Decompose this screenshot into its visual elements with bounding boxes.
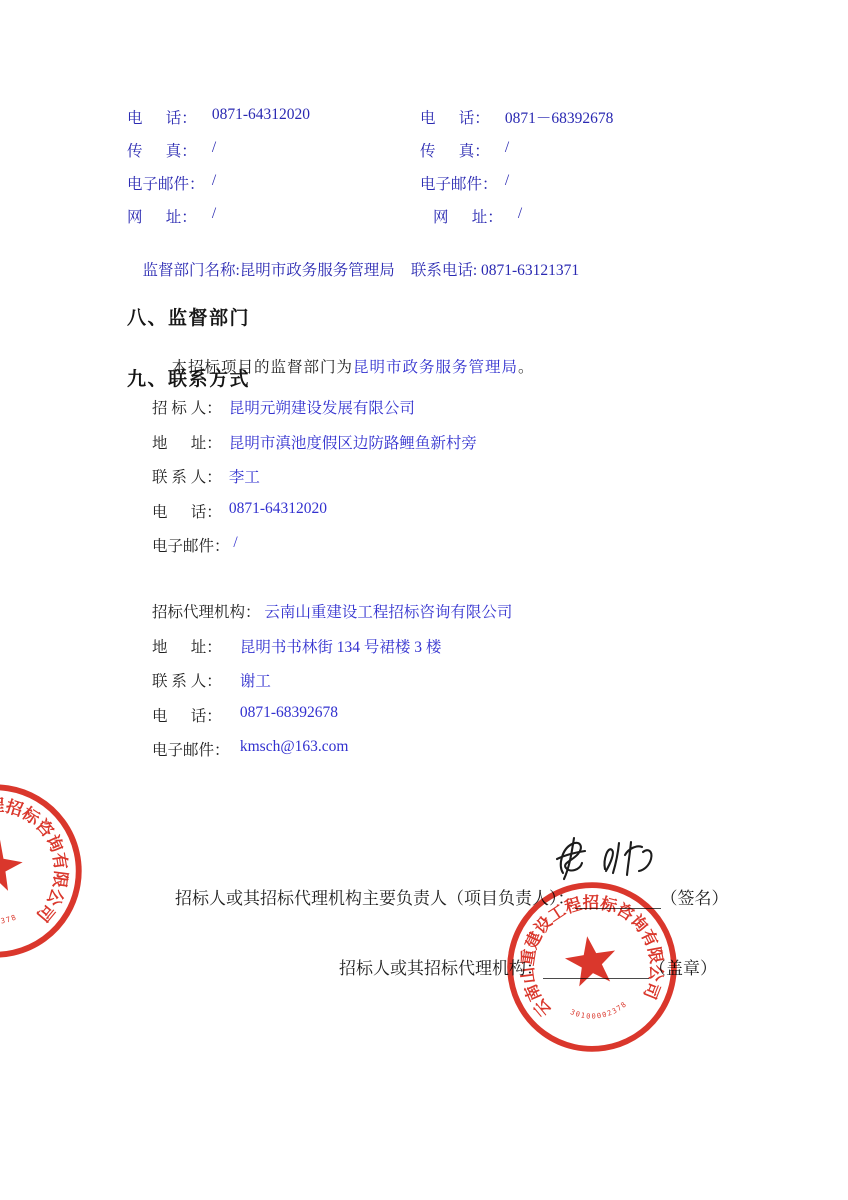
contact-row: 地 址： 昆明书书林街 134 号裙楼 3 楼 — [152, 635, 512, 670]
contact-row: 电子邮件： / — [152, 534, 477, 569]
field-value: 昆明市滇池度假区边防路鲤鱼新村旁 — [229, 431, 477, 453]
contact-row: 网 址： / — [420, 205, 613, 238]
contact-row: 招标代理机构： 云南山重建设工程招标咨询有限公司 — [152, 600, 512, 635]
field-value: 云南山重建设工程招标咨询有限公司 — [264, 600, 512, 622]
top-contacts-left: 电 话： 0871-64312020 传 真： / 电子邮件： / 网 址： / — [127, 106, 310, 238]
signature-line — [575, 890, 661, 909]
body-suffix: 。 — [518, 359, 535, 376]
contact-row: 电子邮件： / — [420, 172, 613, 205]
section-9-heading: 九、联系方式 — [127, 364, 250, 391]
field-label: 电子邮件： — [152, 534, 230, 556]
svg-text:5301000023784: 5301000023784 — [0, 767, 41, 930]
field-label: 联 系 人： — [152, 465, 225, 487]
supervision-dept: 监督部门名称:昆明市政务服务管理局 — [143, 262, 395, 279]
field-value: / — [212, 205, 216, 223]
field-value: / — [505, 139, 509, 157]
field-label: 电子邮件： — [152, 738, 236, 760]
field-label: 招标代理机构： — [152, 600, 261, 622]
field-label: 电 话： — [420, 106, 501, 128]
field-label: 电 话： — [152, 500, 225, 522]
field-label: 地 址： — [152, 635, 236, 657]
contact-row: 网 址： / — [127, 205, 310, 238]
signature-row-agency: 招标人或其招标代理机构：（盖章） — [322, 934, 717, 999]
field-value: 李工 — [229, 465, 260, 487]
field-label: 联 系 人： — [152, 669, 236, 691]
handwritten-signature — [549, 833, 661, 885]
supervision-line: 监督部门名称:昆明市政务服务管理局联系电话: 0871-63121371 — [127, 240, 579, 298]
seal-line — [543, 960, 649, 979]
contact-row: 招 标 人： 昆明元朔建设发展有限公司 — [152, 396, 477, 431]
field-label: 网 址： — [127, 205, 208, 227]
signature-suffix: （签名） — [661, 889, 729, 908]
field-value: 0871-64312020 — [229, 500, 327, 518]
field-value: 0871-64312020 — [212, 106, 310, 124]
field-value: 昆明元朔建设发展有限公司 — [229, 396, 415, 418]
seal-label: 招标人或其招标代理机构： — [339, 959, 543, 978]
contact-row: 地 址： 昆明市滇池度假区边防路鲤鱼新村旁 — [152, 431, 477, 466]
field-value: 0871-68392678 — [240, 704, 338, 722]
signature-label: 招标人或其招标代理机构主要负责人（项目负责人）： — [175, 889, 575, 908]
field-label: 招 标 人： — [152, 396, 225, 418]
supervision-org: 昆明市政务服务管理局 — [353, 359, 518, 376]
seal-suffix: （盖章） — [649, 959, 717, 978]
contact-row: 电 话： 0871－68392678 — [420, 106, 613, 139]
field-label: 网 址： — [433, 205, 514, 227]
field-value: / — [212, 172, 216, 190]
contact-row: 电 话： 0871-68392678 — [152, 704, 512, 739]
field-value: / — [233, 534, 237, 552]
field-value: / — [212, 139, 216, 157]
top-contacts-right: 电 话： 0871－68392678 传 真： / 电子邮件： / 网 址： / — [420, 106, 613, 238]
field-label: 电子邮件： — [127, 172, 208, 194]
contact-row: 电子邮件： / — [127, 172, 310, 205]
tenderer-block: 招 标 人： 昆明元朔建设发展有限公司 地 址： 昆明市滇池度假区边防路鲤鱼新村… — [152, 396, 477, 569]
field-value: 谢工 — [240, 669, 271, 691]
contact-row: 电 话： 0871-64312020 — [152, 500, 477, 535]
field-label: 传 真： — [420, 139, 501, 161]
document-page: 电 话： 0871-64312020 传 真： / 电子邮件： / 网 址： /… — [0, 0, 848, 1200]
field-value: kmsch@163.com — [240, 738, 349, 756]
contact-row: 电 话： 0871-64312020 — [127, 106, 310, 139]
company-seal-left: 云南山重建设工程招标咨询有限公司5301000023784 — [0, 767, 99, 975]
field-label: 电 话： — [127, 106, 208, 128]
svg-text:云南山重建设工程招标咨询有限公司: 云南山重建设工程招标咨询有限公司 — [0, 784, 81, 928]
section-8-heading: 八、监督部门 — [127, 303, 250, 330]
agency-block: 招标代理机构： 云南山重建设工程招标咨询有限公司 地 址： 昆明书书林街 134… — [152, 600, 512, 773]
contact-row: 联 系 人： 谢工 — [152, 669, 512, 704]
field-label: 传 真： — [127, 139, 208, 161]
field-label: 地 址： — [152, 431, 225, 453]
field-value: 0871－68392678 — [505, 106, 614, 128]
supervision-phone: 联系电话: 0871-63121371 — [411, 262, 579, 279]
field-value: / — [505, 172, 509, 190]
contact-row: 传 真： / — [127, 139, 310, 172]
contact-row: 联 系 人： 李工 — [152, 465, 477, 500]
field-label: 电 话： — [152, 704, 236, 726]
field-value: / — [518, 205, 522, 223]
field-value: 昆明书书林街 134 号裙楼 3 楼 — [240, 635, 442, 657]
field-label: 电子邮件： — [420, 172, 501, 194]
contact-row: 传 真： / — [420, 139, 613, 172]
contact-row: 电子邮件： kmsch@163.com — [152, 738, 512, 773]
